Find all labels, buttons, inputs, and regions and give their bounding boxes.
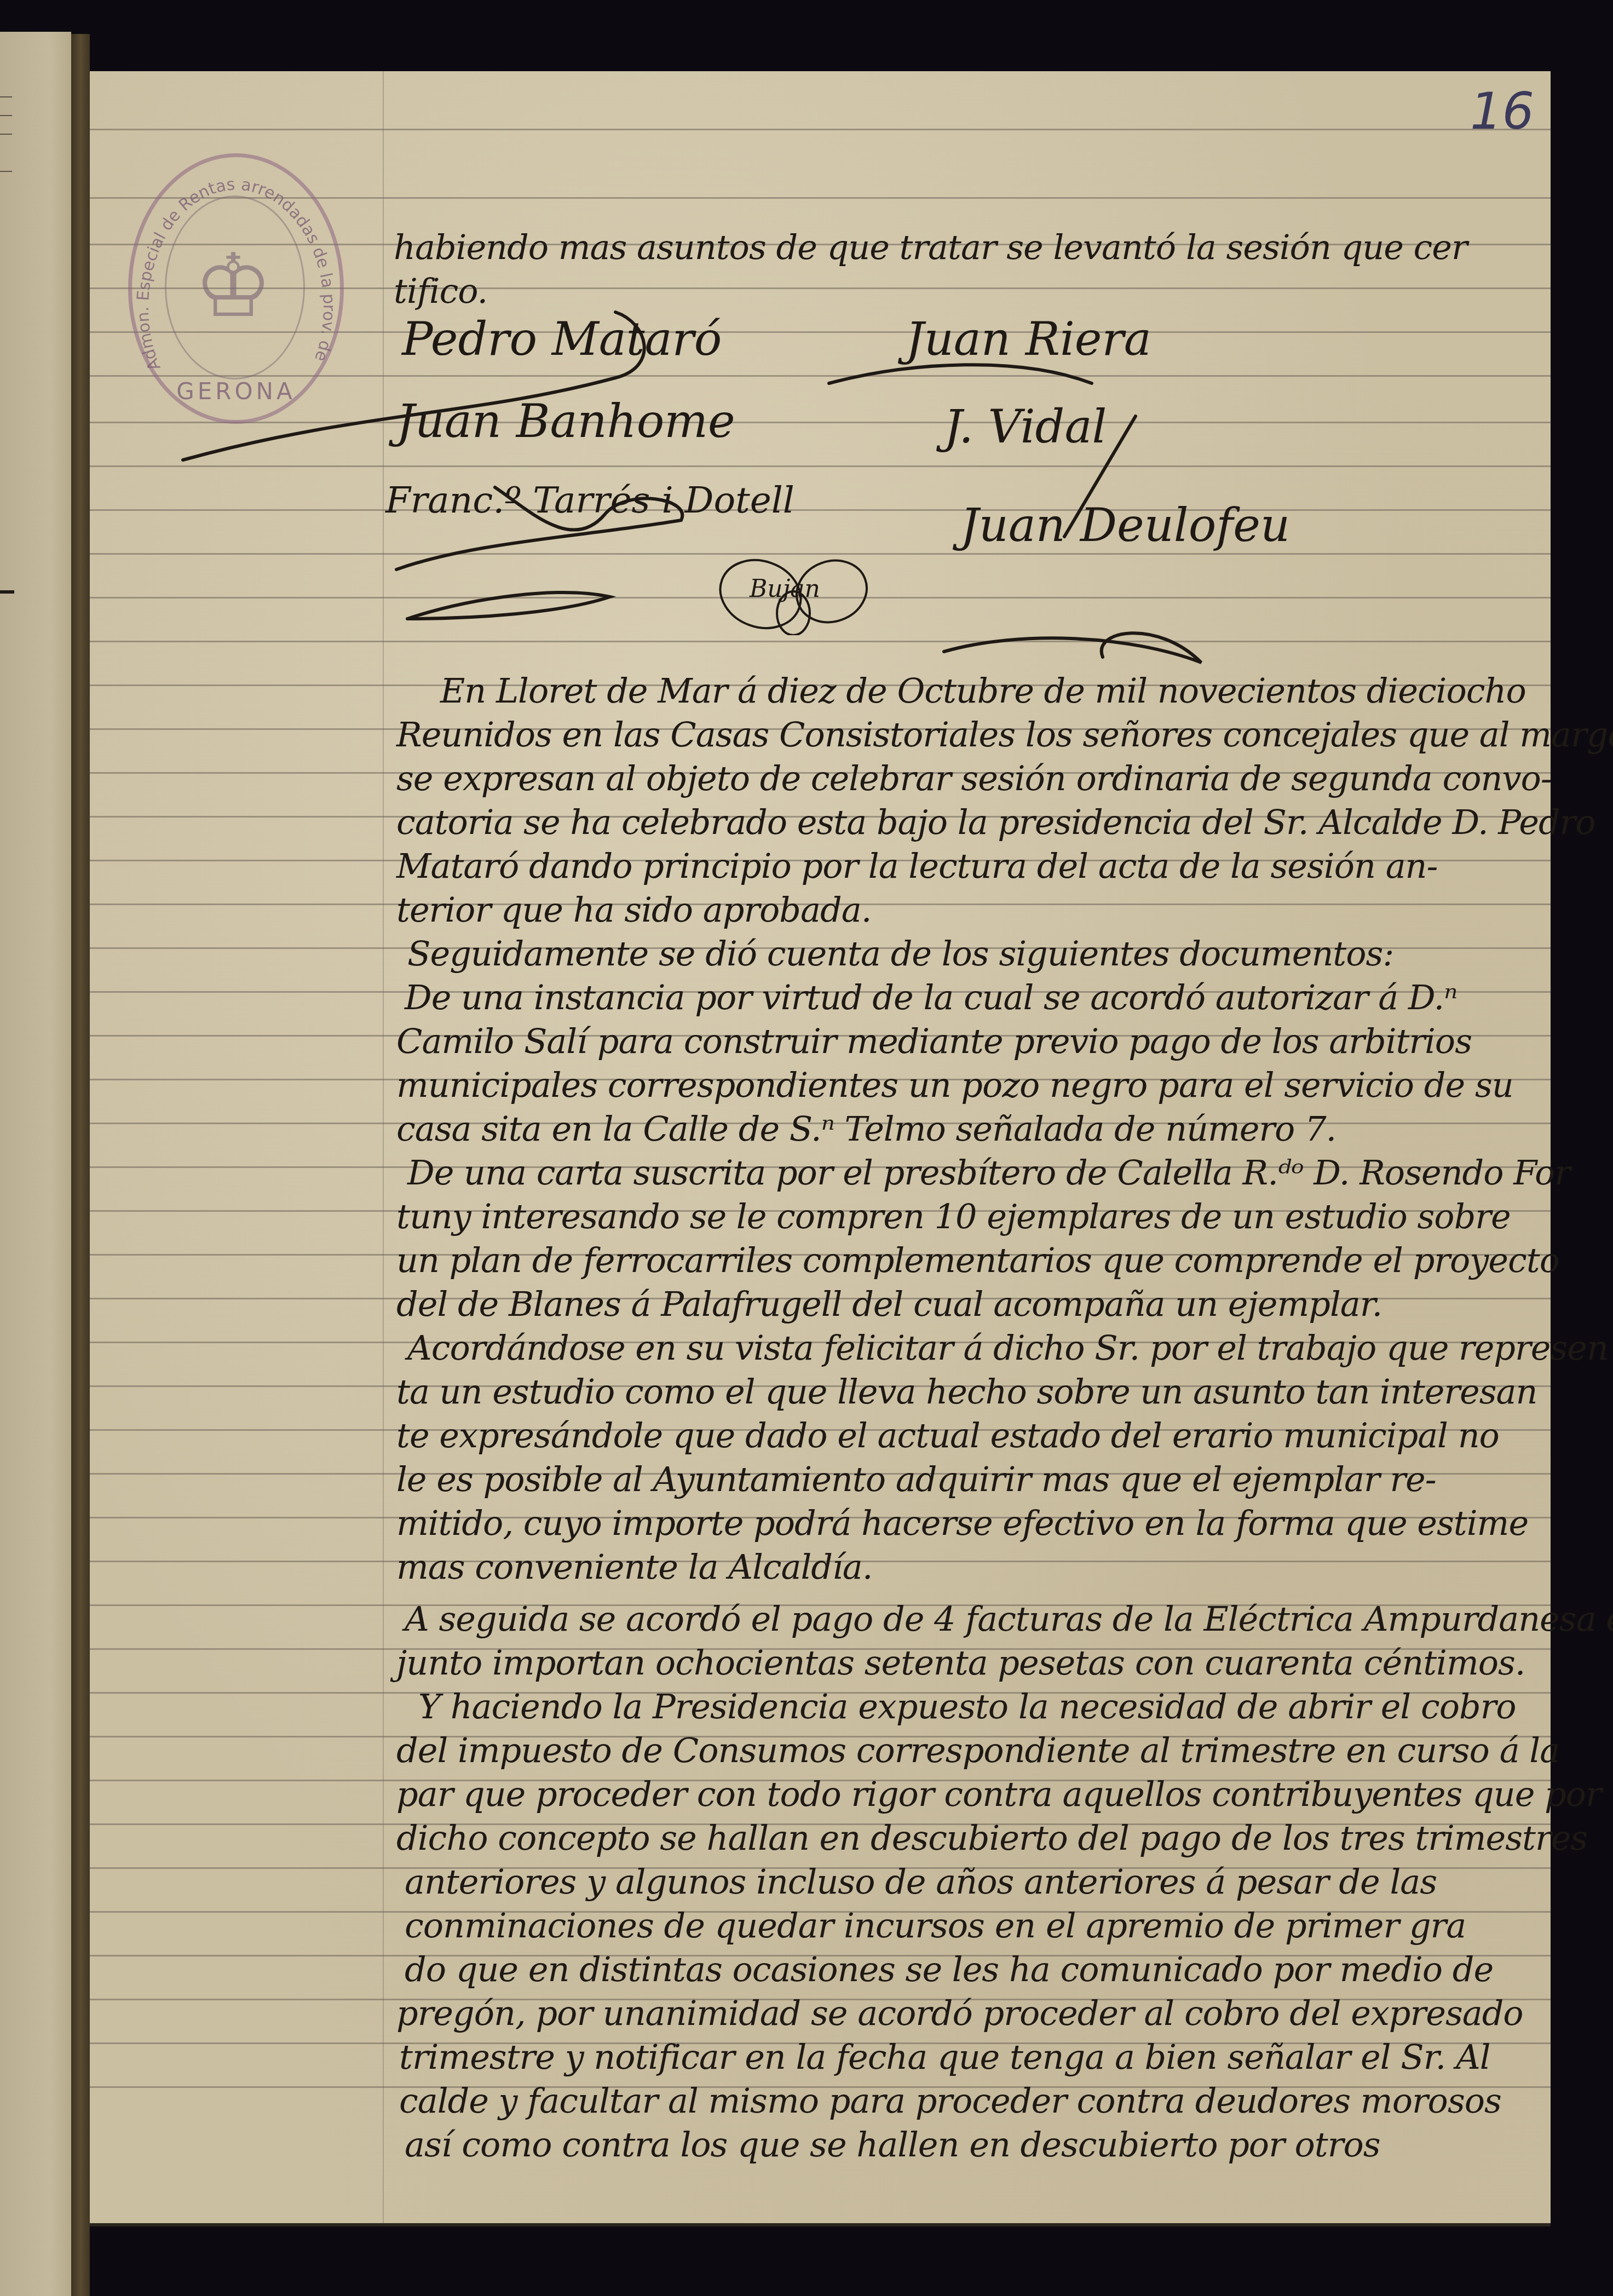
rule-stub (0, 134, 12, 135)
page-bottom-edge (90, 2223, 1551, 2226)
body-line: mas conveniente la Alcaldía. (396, 1547, 873, 1587)
body-line: un plan de ferrocarriles complementarios… (396, 1240, 1559, 1280)
body-line: do que en distintas ocasiones se les ha … (405, 1949, 1493, 1989)
body-line: del impuesto de Consumos correspondiente… (396, 1730, 1559, 1770)
closing-line: habiendo mas asuntos de que tratar se le… (394, 227, 1467, 267)
body-line: Camilo Salí para construir mediante prev… (396, 1021, 1472, 1061)
body-line: A seguida se acordó el pago de 4 factura… (405, 1599, 1613, 1639)
body-line: En Lloret de Mar á diez de Octubre de mi… (440, 671, 1526, 711)
body-line: terior que ha sido aprobada. (396, 890, 871, 930)
body-line: De una instancia por virtud de la cual s… (405, 977, 1457, 1017)
body-line: conminaciones de quedar incursos en el a… (405, 1906, 1466, 1946)
ledger-page: 16 Admon. Especial de Rentas arrendadas … (90, 71, 1551, 2223)
body-line: casa sita en la Calle de S.ⁿ Telmo señal… (396, 1109, 1336, 1149)
rule-stub (0, 171, 12, 172)
book-gutter (71, 34, 90, 2296)
body-line: le es posible al Ayuntamiento adquirir m… (396, 1459, 1436, 1499)
ink-mark (0, 590, 14, 594)
body-line: par que proceder con todo rigor contra a… (396, 1774, 1602, 1814)
body-line: calde y facultar al mismo para proceder … (399, 2081, 1501, 2121)
body-line: Reunidos en las Casas Consistoriales los… (396, 715, 1613, 755)
body-line: junto importan ochocientas setenta peset… (396, 1643, 1525, 1683)
rule-stub (0, 115, 12, 116)
body-line: te expresándole que dado el actual estad… (396, 1415, 1499, 1455)
body-line: catoria se ha celebrado esta bajo la pre… (396, 802, 1595, 842)
body-line: pregón, por unanimidad se acordó procede… (396, 1993, 1523, 2033)
body-line: Y haciendo la Presidencia expuesto la ne… (418, 1687, 1516, 1727)
body-line: anteriores y algunos incluso de años ant… (405, 1862, 1437, 1902)
body-line: mitido, cuyo importe podrá hacerse efect… (396, 1503, 1528, 1543)
body-line: Mataró dando principio por la lectura de… (396, 846, 1438, 886)
folio-number: 16 (1470, 82, 1534, 141)
body-line: Acordándose en su vista felicitar á dich… (407, 1328, 1608, 1368)
rule-stub (0, 96, 12, 97)
body-line: se expresan al objeto de celebrar sesión… (396, 758, 1552, 798)
body-line: Seguidamente se dió cuenta de los siguie… (407, 934, 1393, 974)
body-line: trimestre y notificar en la fecha que te… (399, 2037, 1490, 2077)
body-line: tuny interesando se le compren 10 ejempl… (396, 1196, 1511, 1236)
body-line: municipales correspondientes un pozo neg… (396, 1065, 1513, 1105)
body-line: dicho concepto se hallan en descubierto … (396, 1818, 1587, 1858)
body-line: del de Blanes á Palafrugell del cual aco… (396, 1284, 1382, 1324)
body-line: De una carta suscrita por el presbítero … (407, 1153, 1570, 1193)
body-line: ta un estudio como el que lleva hecho so… (396, 1372, 1537, 1412)
body-line: así como contra los que se hallen en des… (405, 2125, 1380, 2165)
rubric-flourish: Bujan (711, 553, 875, 635)
rubric-text: Bujan (750, 575, 820, 603)
facing-page-edge (0, 32, 71, 2296)
